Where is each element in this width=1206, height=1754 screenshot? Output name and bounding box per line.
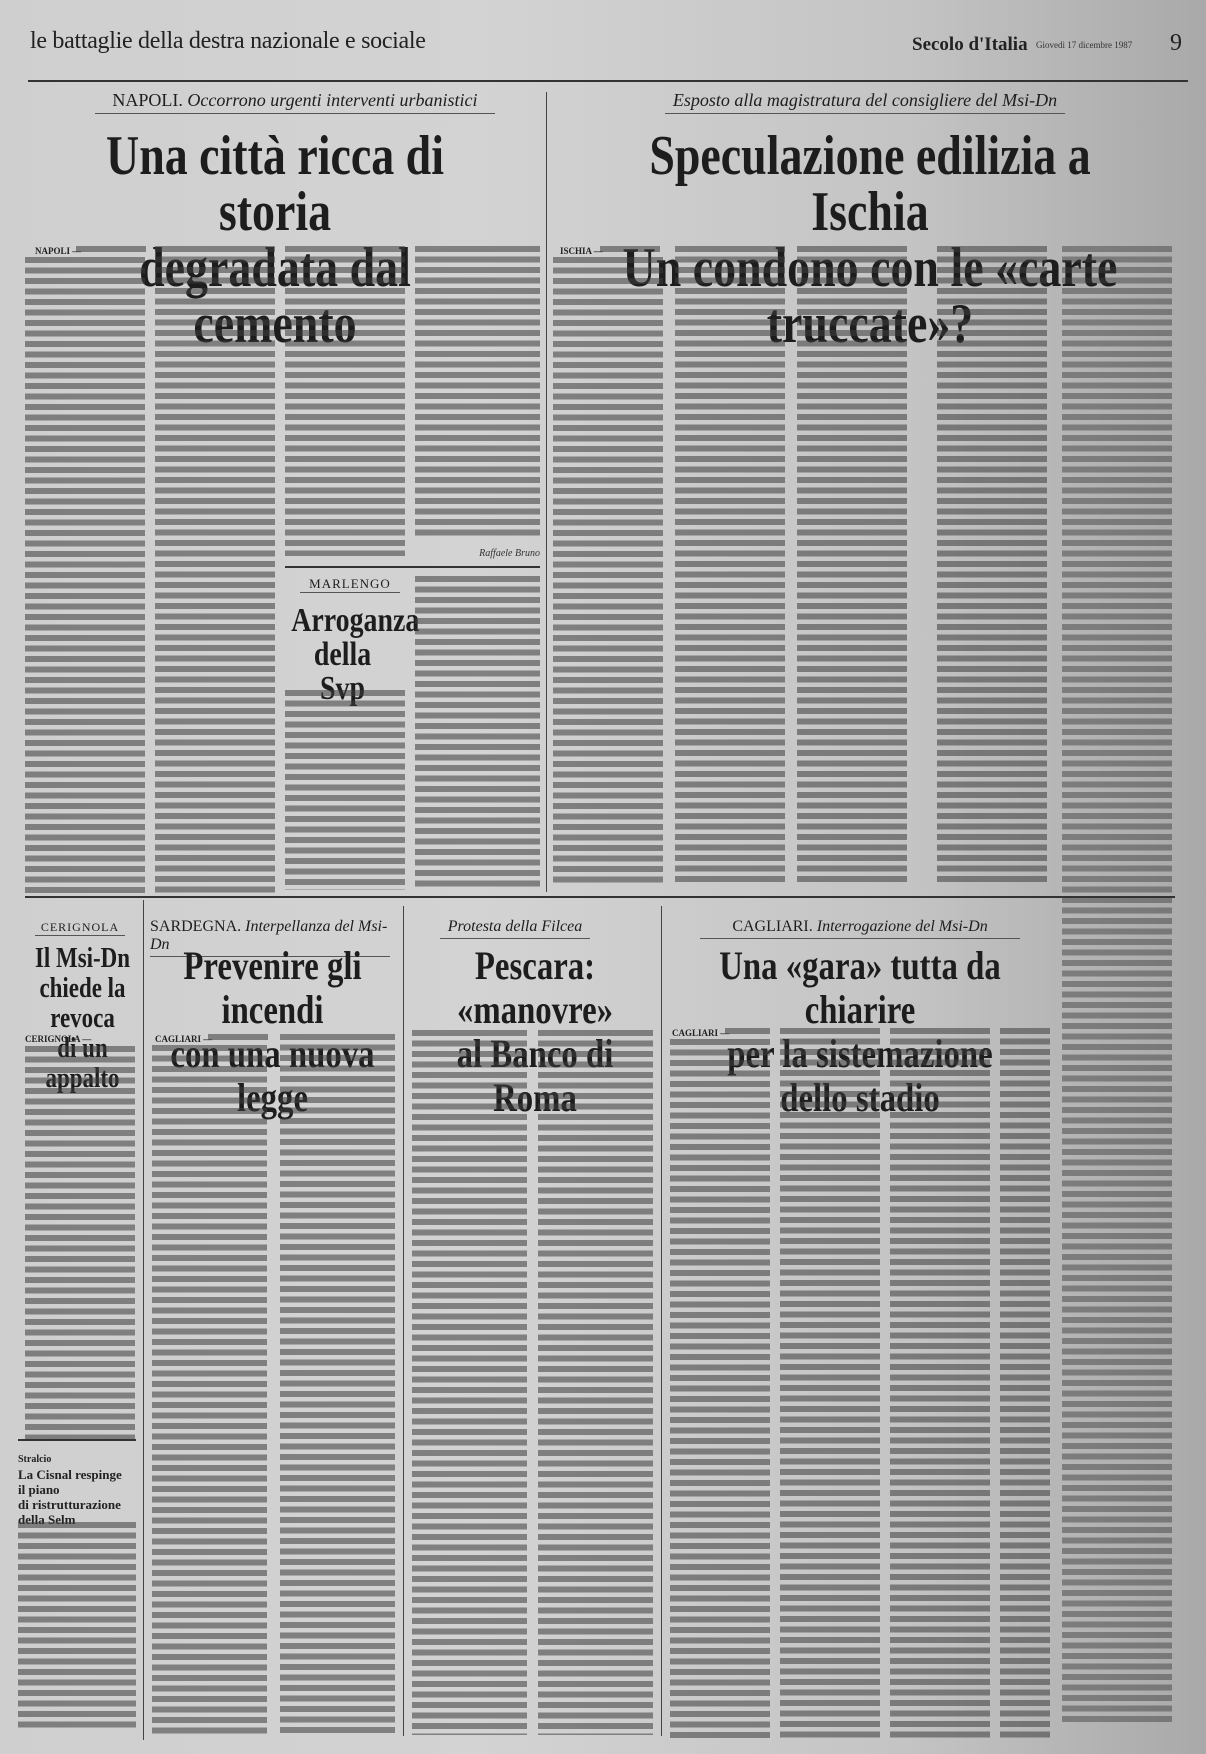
article-body-line (725, 1028, 770, 1038)
newspaper-page: le battaglie della destra nazionale e so… (0, 0, 1206, 1754)
newspaper-name: Secolo d'Italia (912, 34, 1028, 56)
cagliari-column-1 (670, 1039, 770, 1739)
column-divider (546, 92, 547, 892)
section-rule (285, 566, 540, 568)
napoli-column-1 (25, 257, 145, 897)
column-divider (143, 900, 144, 1740)
headline-line: Pescara: «manovre» (420, 944, 650, 1032)
cagliari-kicker: CAGLIARI. Interrogazione del Msi-Dn (700, 918, 1020, 939)
headline-line: Arroganza (291, 604, 394, 638)
ischia-column-3 (797, 246, 907, 886)
sardegna-column-2 (280, 1034, 395, 1734)
ischia-dateline: ISCHIA — (560, 246, 603, 256)
stralcio-headline: Stralcio La Cisnal respinge il piano di … (18, 1452, 143, 1527)
headline-line: Il Msi-Dn (23, 944, 142, 974)
kicker-place: NAPOLI. (112, 90, 183, 110)
kicker-text: Protesta della Filcea (448, 918, 582, 935)
headline-line: Una «gara» tutta da chiarire (696, 944, 1024, 1032)
headline-line: Una città ricca di storia (58, 128, 493, 240)
kicker-place: SARDEGNA. (150, 918, 241, 935)
section-running-head: le battaglie della destra nazionale e so… (30, 28, 426, 55)
headline-line: Prevenire gli incendi (156, 944, 390, 1032)
ischia-column-5 (1062, 246, 1172, 1726)
column-divider (403, 906, 404, 1736)
headline-line: La Cisnal respinge (18, 1467, 143, 1482)
napoli-dateline: NAPOLI — (35, 246, 81, 256)
pescara-kicker: Protesta della Filcea (440, 918, 590, 939)
article-body-line (76, 246, 146, 256)
stralcio-kicker: Stralcio (18, 1452, 143, 1467)
marlengo-column-1 (285, 690, 405, 890)
marlengo-kicker: MARLENGO (300, 576, 400, 593)
kicker-text: Interrogazione del Msi-Dn (817, 918, 988, 935)
sardegna-column-1 (152, 1045, 267, 1735)
pescara-column-2 (538, 1030, 653, 1735)
section-rule (25, 896, 1175, 898)
kicker-place: CAGLIARI. (732, 918, 812, 935)
masthead-rule (28, 80, 1188, 82)
headline-line: chiede la revoca (23, 974, 142, 1034)
section-rule (18, 1439, 136, 1441)
napoli-column-3 (285, 246, 405, 556)
marlengo-column-2 (415, 576, 540, 890)
pescara-column-1 (412, 1030, 527, 1735)
cerignola-dateline: CERIGNOLA — (25, 1034, 91, 1044)
napoli-kicker: NAPOLI. Occorrono urgenti interventi urb… (95, 90, 495, 114)
napoli-column-2 (155, 246, 275, 896)
headline-line: di ristrutturazione (18, 1497, 143, 1512)
cagliari-dateline: CAGLIARI — (672, 1028, 729, 1038)
stralcio-column (18, 1522, 136, 1732)
issue-date: Giovedì 17 dicembre 1987 (1036, 40, 1132, 50)
kicker-text: Esposto alla magistratura del consiglier… (673, 90, 1057, 110)
cerignola-kicker: CERIGNOLA (35, 920, 125, 936)
ischia-column-2 (675, 246, 785, 886)
napoli-signature: Raffaele Bruno (415, 548, 540, 559)
headline-line: Speculazione edilizia a Ischia (599, 128, 1140, 240)
article-body-line (208, 1034, 268, 1044)
ischia-column-1 (553, 257, 663, 887)
sardegna-dateline: CAGLIARI — (155, 1034, 212, 1044)
ischia-kicker: Esposto alla magistratura del consiglier… (665, 90, 1065, 114)
napoli-column-4 (415, 246, 540, 536)
column-divider (661, 906, 662, 1736)
headline-line: il piano (18, 1482, 143, 1497)
cagliari-column-2 (780, 1028, 880, 1738)
page-number: 9 (1170, 30, 1182, 57)
cagliari-column-4 (1000, 1028, 1050, 1738)
ischia-column-4 (937, 246, 1047, 886)
kicker-text: Occorrono urgenti interventi urbanistici (187, 90, 477, 110)
cerignola-column (25, 1046, 135, 1441)
article-body-line (600, 246, 660, 256)
cagliari-column-3 (890, 1028, 990, 1738)
